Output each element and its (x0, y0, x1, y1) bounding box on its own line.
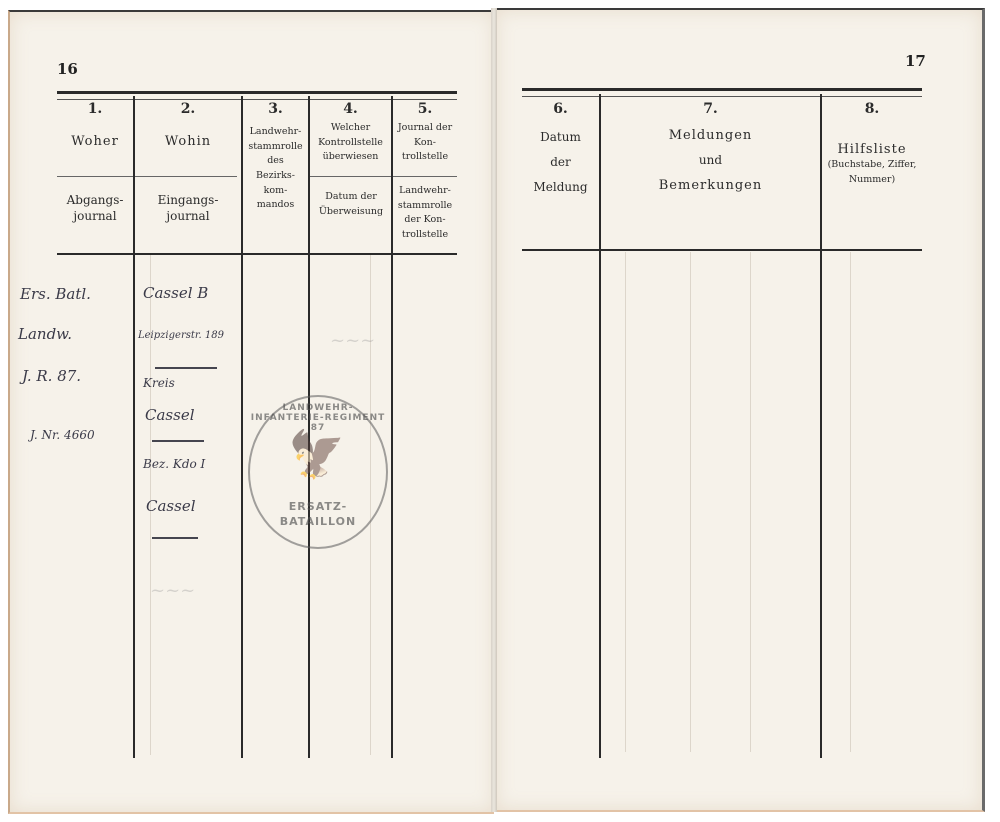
column-2-subheader: Eingangs-journal (145, 192, 231, 224)
column-divider (820, 94, 822, 758)
handwritten-journal-number: J. Nr. 4660 (30, 428, 95, 442)
handwritten-entry: Bez. Kdo I (143, 457, 205, 471)
page-number-right: 17 (905, 52, 926, 70)
book-gutter (491, 8, 497, 812)
handwritten-entry: Ers. Batl. (20, 285, 91, 303)
header-split-rule-4-5 (310, 176, 457, 177)
header-top-rule-right (522, 88, 922, 97)
bleed-line (690, 252, 691, 752)
underline (155, 367, 217, 369)
eagle-emblem-icon: 🦅 (288, 427, 345, 482)
header-split-rule-1-2 (57, 176, 237, 177)
page-number-left: 16 (57, 60, 78, 78)
column-1-subheader: Abgangs-journal (57, 192, 133, 224)
column-2-header: 2. Wohin (135, 100, 241, 150)
column-6-header: 6. Datum der Meldung (522, 100, 599, 200)
handwritten-entry: J. R. 87. (22, 367, 81, 385)
handwritten-entry: Landw. (18, 325, 72, 343)
regiment-stamp: LANDWEHR-INFANTERIE-REGIMENT 87 🦅 ERSATZ… (248, 395, 388, 549)
column-4-header: 4. Welcher Kontrollstelle überwiesen (310, 100, 391, 165)
header-top-rule-left (57, 91, 457, 100)
handwritten-entry: Cassel (146, 497, 196, 515)
underline (152, 440, 204, 442)
column-3-header: 3. Landwehr-stammrolle des Bezirks-kom-m… (243, 100, 308, 213)
underline (152, 537, 198, 539)
column-divider (133, 96, 135, 758)
handwritten-entry: Kreis (143, 376, 175, 390)
bleed-through-handwriting: ~~~ (330, 330, 375, 351)
handwritten-entry: Leipzigerstr. 189 (138, 330, 224, 341)
handwritten-entry: Cassel (145, 406, 195, 424)
header-bottom-rule-left (57, 253, 457, 255)
column-divider (391, 96, 393, 758)
column-1-header: 1. Woher (57, 100, 133, 150)
handwritten-entry: Cassel B (143, 284, 208, 302)
column-8-header: 8. Hilfsliste (Buchstabe, Ziffer, Nummer… (822, 100, 922, 188)
bleed-line (750, 252, 751, 752)
bleed-through-handwriting: ~~~ (150, 580, 195, 601)
column-5-header: 5. Journal der Kon-trollstelle (393, 100, 457, 165)
header-bottom-rule-right (522, 249, 922, 251)
column-4-subheader: Datum der Überweisung (316, 190, 386, 219)
bleed-line (625, 252, 626, 752)
column-5-subheader: Landwehr-stammrolle der Kon-trollstelle (396, 184, 454, 243)
bleed-line (850, 252, 851, 752)
column-7-header: 7. Meldungen und Bemerkungen (601, 100, 820, 194)
